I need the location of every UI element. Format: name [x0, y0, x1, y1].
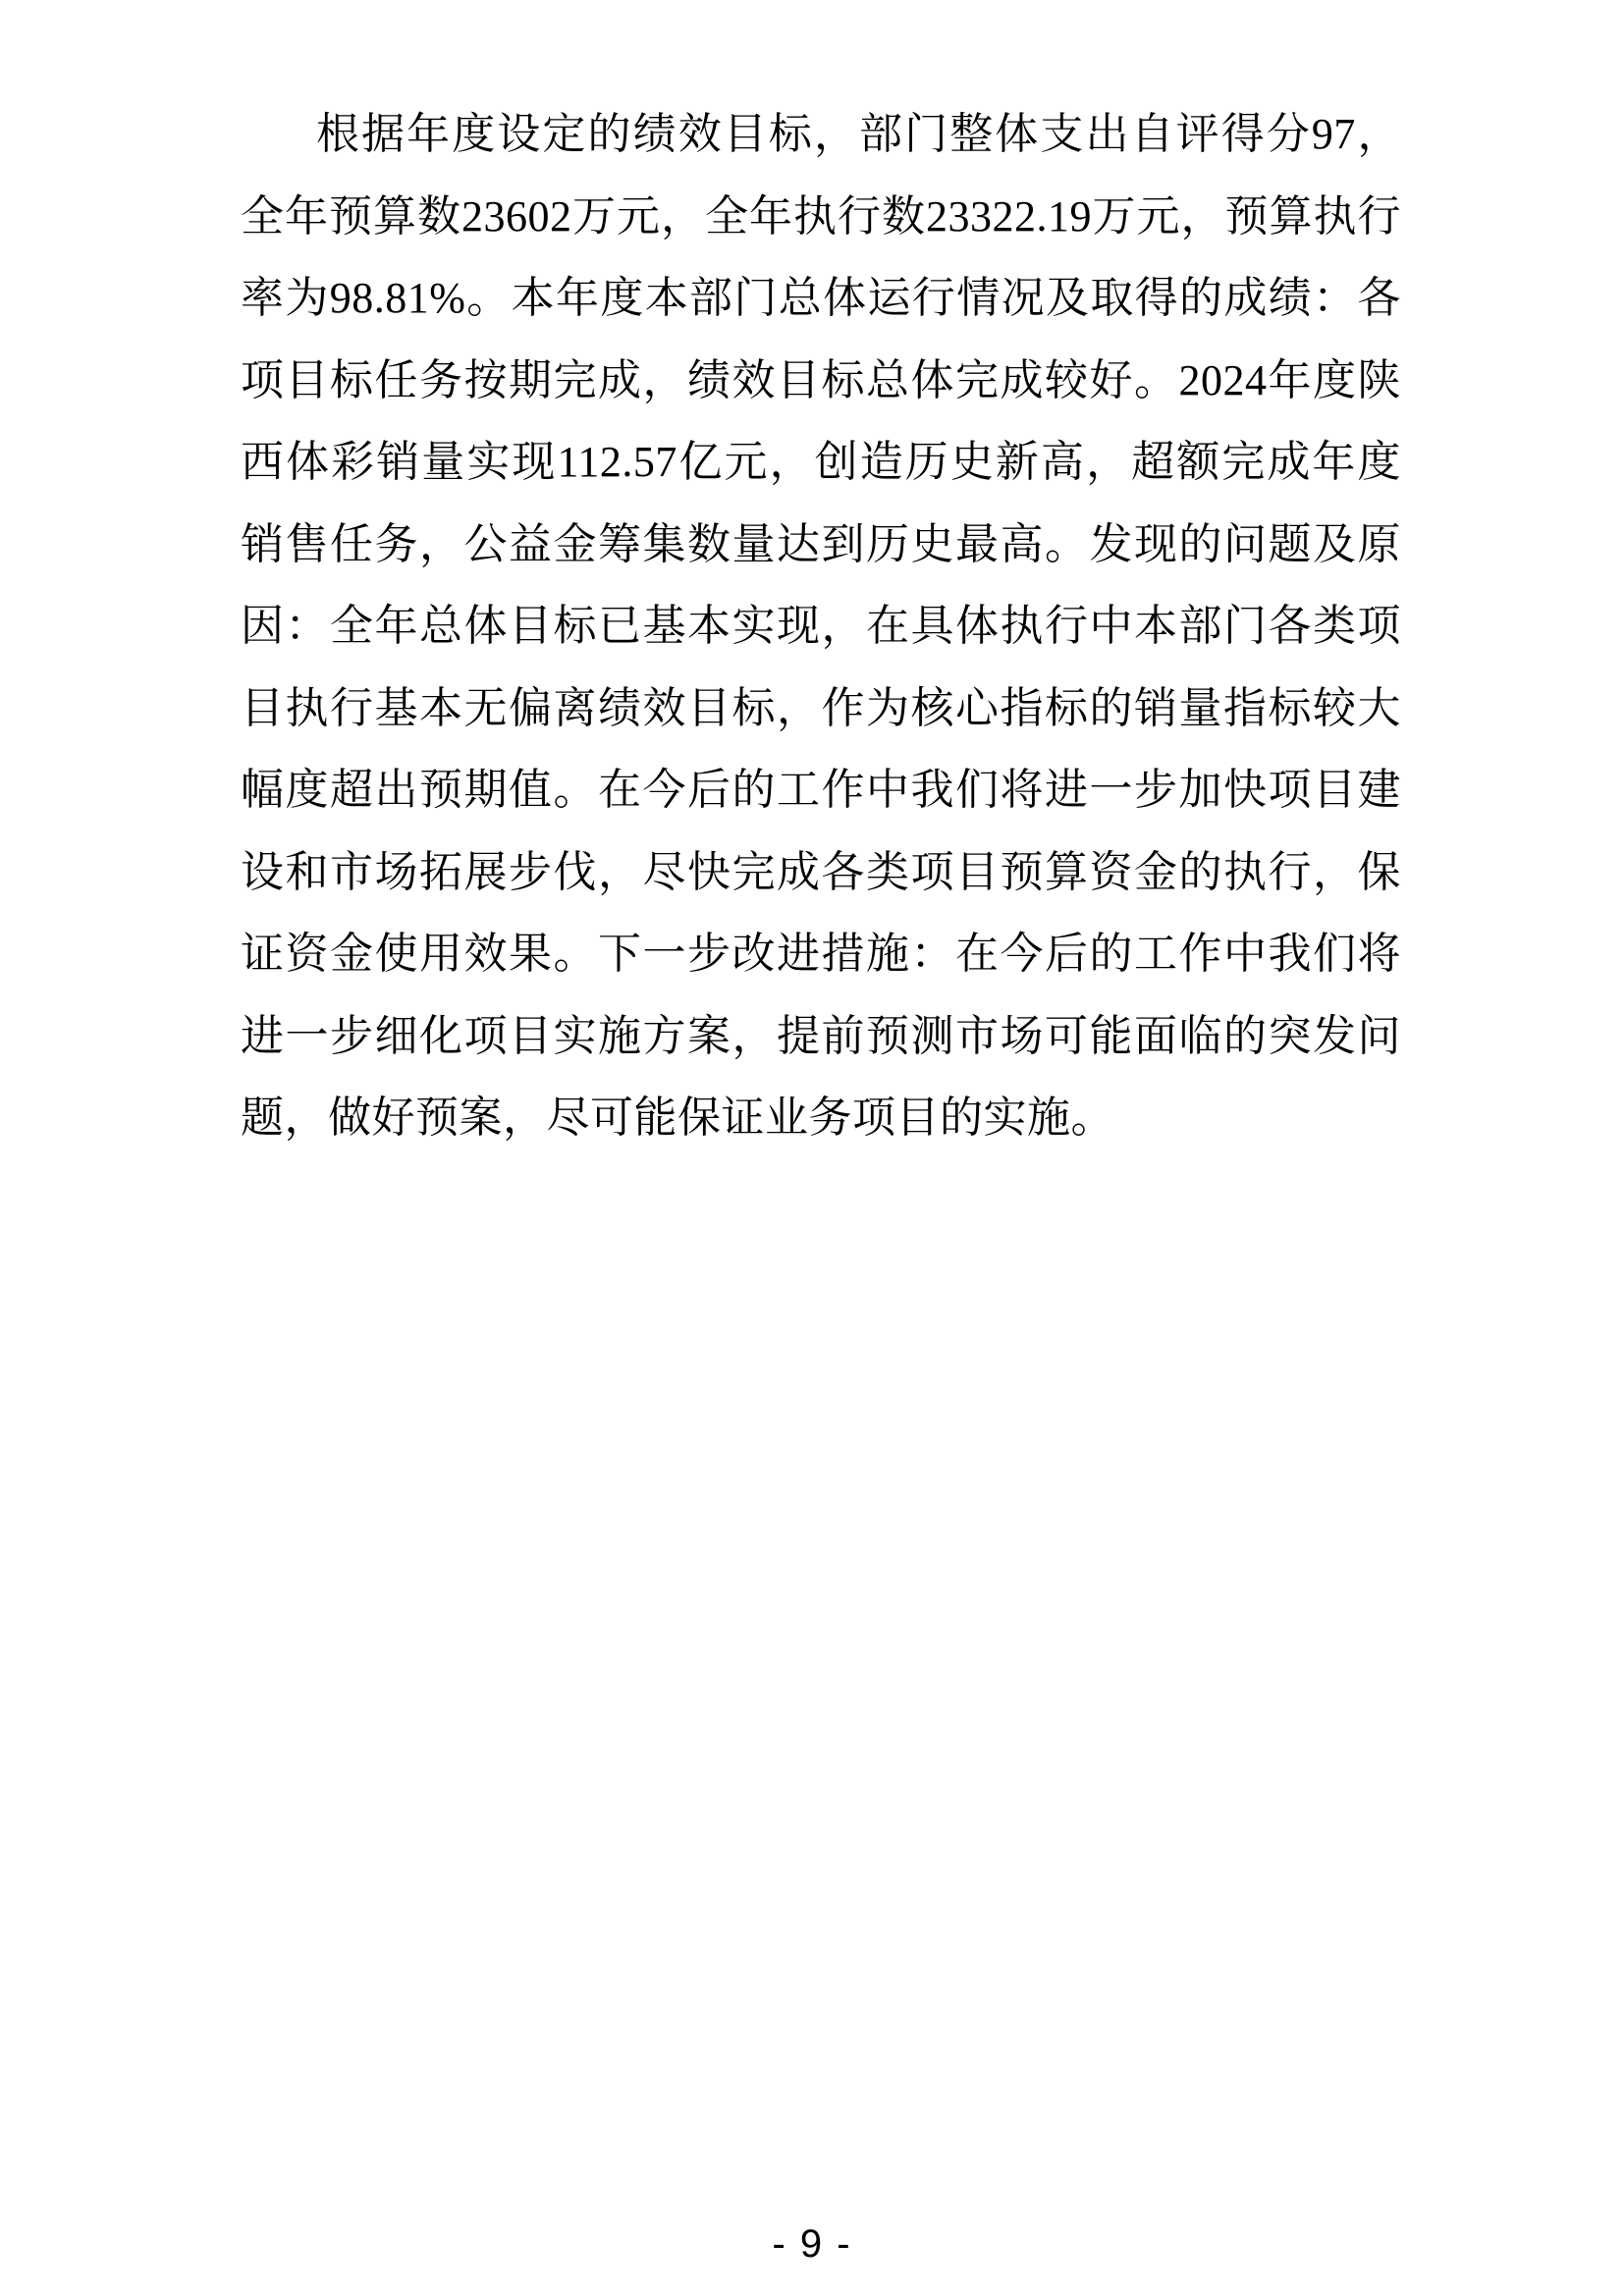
document-page: 根据年度设定的绩效目标，部门整体支出自评得分97，全年预算数23602万元，全年…: [0, 0, 1624, 2296]
page-footer: - 9 -: [0, 2220, 1624, 2268]
page-number: - 9 -: [772, 2222, 851, 2266]
performance-summary-paragraph: 根据年度设定的绩效目标，部门整体支出自评得分97，全年预算数23602万元，全年…: [241, 93, 1401, 1159]
